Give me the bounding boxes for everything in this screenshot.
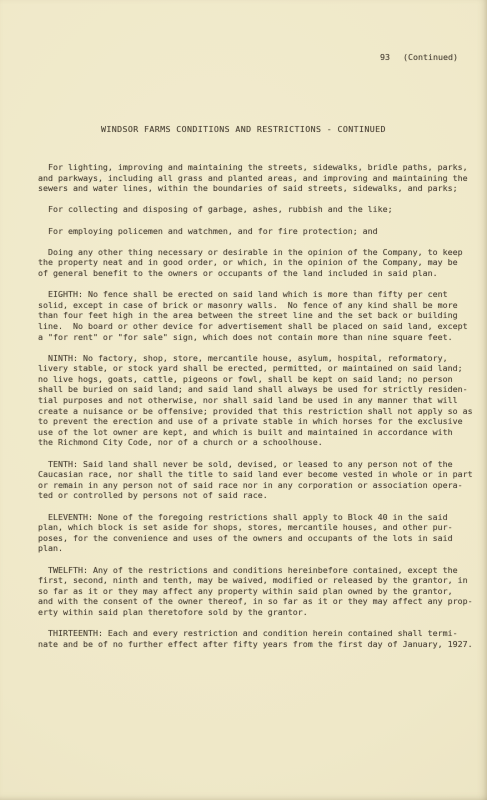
paragraph-lighting-maintenance: For lighting, improving and maintaining … (38, 162, 478, 194)
paragraph-thirteenth-restriction: THIRTEENTH: Each and every restriction a… (38, 628, 478, 649)
page-header: 93(Continued) (380, 52, 458, 62)
page-number: 93 (380, 52, 390, 62)
paragraph-police-fire-protection: For employing policemen and watchmen, an… (38, 226, 478, 237)
document-page: 93(Continued) WINDSOR FARMS CONDITIONS A… (0, 0, 487, 800)
paragraph-tenth-restriction: TENTH: Said land shall never be sold, de… (38, 459, 478, 501)
document-body: For lighting, improving and maintaining … (38, 162, 478, 660)
paragraph-eighth-restriction: EIGHTH: No fence shall be erected on sai… (38, 289, 478, 342)
document-title: WINDSOR FARMS CONDITIONS AND RESTRICTION… (0, 124, 487, 134)
continued-label: (Continued) (403, 52, 458, 62)
paragraph-garbage-collection: For collecting and disposing of garbage,… (38, 204, 478, 215)
paragraph-twelfth-restriction: TWELFTH: Any of the restrictions and con… (38, 565, 478, 618)
paragraph-eleventh-restriction: ELEVENTH: None of the foregoing restrict… (38, 512, 478, 554)
paragraph-general-benefit: Doing any other thing necessary or desir… (38, 247, 478, 279)
paragraph-ninth-restriction: NINTH: No factory, shop, store, mercanti… (38, 353, 478, 448)
